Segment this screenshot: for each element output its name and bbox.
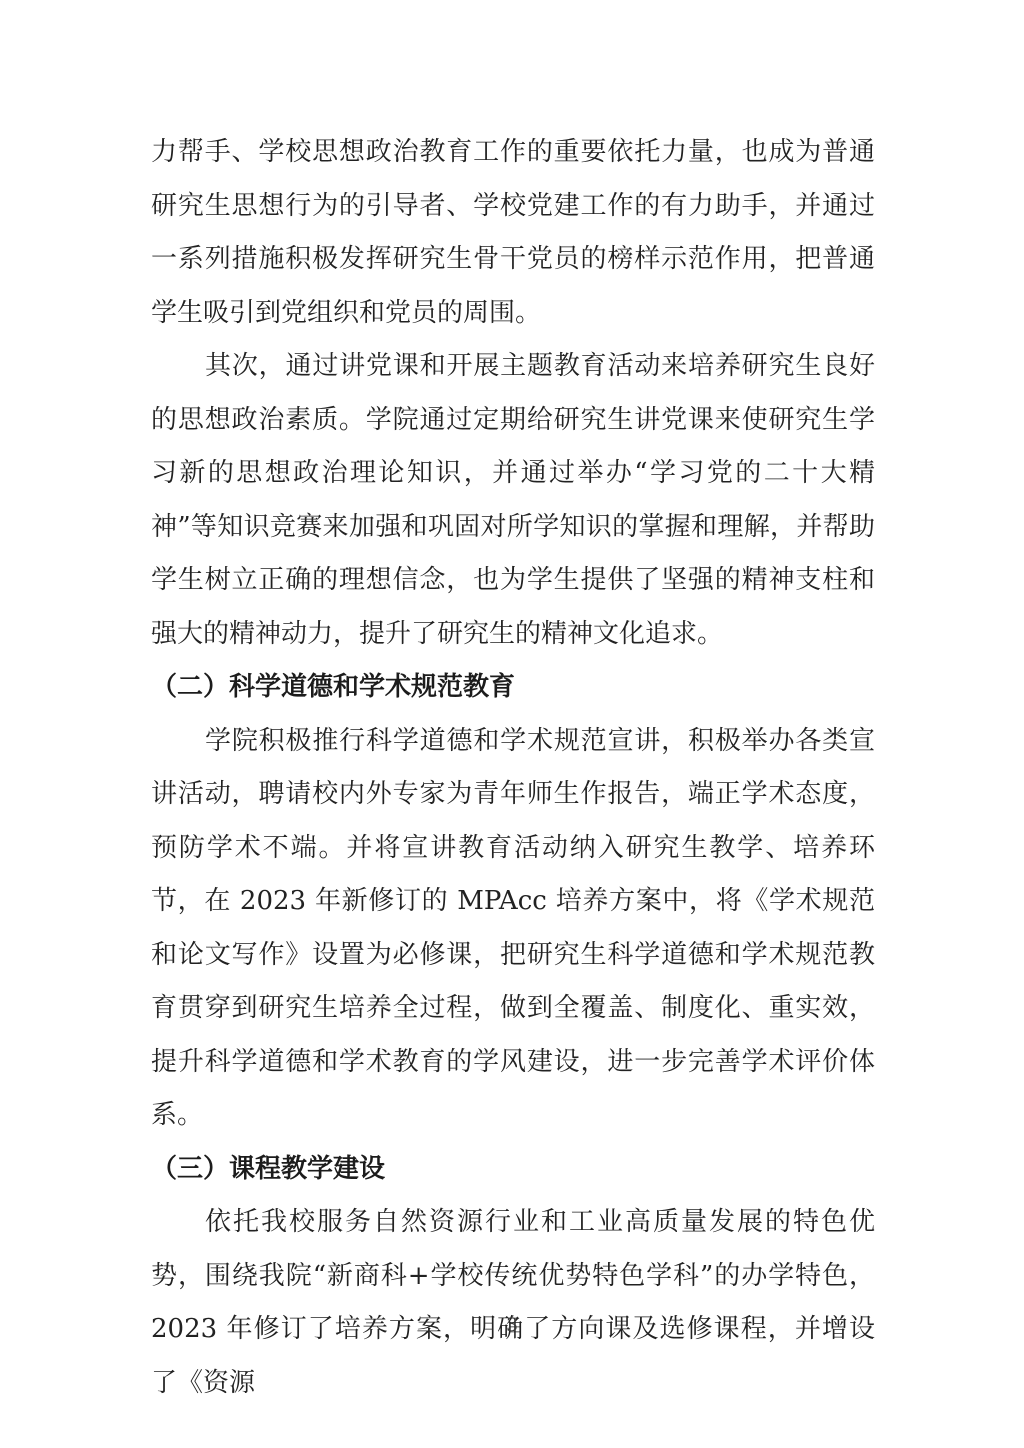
body-paragraph-continuation: 力帮手、学校思想政治教育工作的重要依托力量，也成为普通研究生思想行为的引导者、学… (151, 126, 875, 340)
page-content: 力帮手、学校思想政治教育工作的重要依托力量，也成为普通研究生思想行为的引导者、学… (151, 126, 875, 1410)
page-number: 3 (0, 1310, 1024, 1340)
body-paragraph-truncated: 依托我校服务自然资源行业和工业高质量发展的特色优势，围绕我院“新商科+学校传统优… (151, 1196, 875, 1410)
document-page: 力帮手、学校思想政治教育工作的重要依托力量，也成为普通研究生思想行为的引导者、学… (0, 0, 1024, 1448)
body-paragraph: 学院积极推行科学道德和学术规范宣讲，积极举办各类宣讲活动，聘请校内外专家为青年师… (151, 715, 875, 1143)
body-paragraph: 其次，通过讲党课和开展主题教育活动来培养研究生良好的思想政治素质。学院通过定期给… (151, 340, 875, 661)
section-heading-3: （三）课程教学建设 (151, 1143, 875, 1197)
section-heading-2: （二）科学道德和学术规范教育 (151, 661, 875, 715)
